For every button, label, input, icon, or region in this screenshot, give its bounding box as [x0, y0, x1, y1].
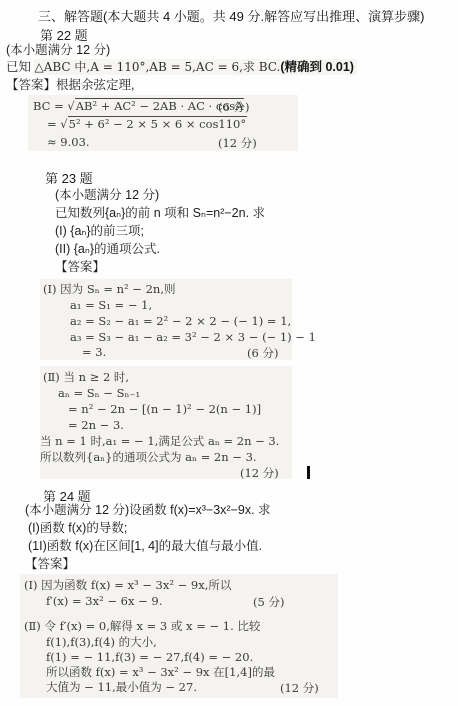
sqrt-radical-icon: √ — [60, 117, 67, 131]
formula-line: aₙ = Sₙ − Sₙ₋₁ — [58, 386, 140, 400]
q23-statement: 已知数列{aₙ}的前 n 项和 Sₙ=n²−2n. 求 — [55, 206, 265, 221]
formula-line: f(1) = − 11,f(3) = − 27,f(4) = − 20. — [46, 650, 253, 664]
text-cursor — [307, 466, 310, 479]
sqrt-radical-icon: √ — [67, 99, 74, 113]
formula-line: = 3. — [82, 345, 106, 359]
q23-part1: (I) {aₙ}的前三项; — [55, 224, 144, 239]
q22-title: 第 22 题 — [40, 25, 88, 44]
formula-line: 所以函数 f(x) = x³ − 3x² − 9x 在[1,4]的最 — [46, 665, 275, 679]
score-mark: (6 分) — [218, 99, 249, 115]
q24-answer-label: 【答案】 — [25, 557, 75, 572]
q22-solution-scan: BC = √AB² + AC² − 2AB · AC · cosA (6 分) … — [28, 95, 298, 151]
q23-meta: (本小题满分 12 分) — [55, 188, 159, 203]
formula-line: a₃ = S₃ − a₁ − a₂ = 3² − 2 × 3 − (− 1) −… — [70, 330, 316, 344]
score-mark: (12 分) — [280, 680, 319, 696]
q23-title: 第 23 题 — [45, 168, 93, 187]
sqrt-radicand: 5² + 6² − 2 × 5 × 6 × cos110° — [68, 116, 248, 131]
q23-solution-scan-part1: (Ⅰ) 因为 Sₙ = n² − 2n,则 a₁ = S₁ = − 1, a₂ … — [40, 279, 292, 360]
exam-document-page: 三、解答题(本大题共 4 小题。共 49 分.解答应写出推理、演算步骤) 第 2… — [0, 0, 458, 706]
formula-text: BC = — [33, 99, 64, 113]
q22-meta: (本小题满分 12 分) — [6, 43, 110, 58]
q24-solution-scan: (Ⅰ) 因为函数 f(x) = x³ − 3x² − 9x,所以 f′(x) =… — [20, 574, 338, 698]
formula-line: ≈ 9.03. — [47, 135, 90, 149]
formula-line: 当 n = 1 时,a₁ = − 1,满足公式 aₙ = 2n − 3. — [40, 434, 279, 448]
formula-line: a₁ = S₁ = − 1, — [70, 298, 152, 312]
score-mark: (6 分) — [247, 345, 278, 361]
formula-text: = — [47, 117, 57, 131]
q22-answer-intro: 【答案】根据余弦定理, — [6, 78, 134, 93]
score-mark: (12 分) — [240, 465, 279, 481]
q22-given-note: (精确到 0.01) — [280, 60, 354, 74]
q23-answer-label: 【答案】 — [55, 260, 105, 275]
q22-given-math: △ABC 中,A = 110°,AB = 5,AC = 6,求 BC. — [34, 60, 280, 74]
formula-line: = 2n − 3. — [68, 418, 124, 432]
formula-line: 大值为 − 11,最小值为 − 27. — [46, 680, 197, 694]
q22-given-prefix: 已知 — [6, 60, 34, 74]
formula-line: = √5² + 6² − 2 × 5 × 6 × cos110° — [47, 117, 247, 131]
formula-line: a₂ = S₂ − a₁ = 2² − 2 × 2 − (− 1) = 1, — [70, 314, 291, 328]
formula-line: (Ⅰ) 因为函数 f(x) = x³ − 3x² − 9x,所以 — [24, 578, 231, 592]
score-mark: (12 分) — [218, 135, 257, 151]
formula-line: (Ⅰ) 因为 Sₙ = n² − 2n,则 — [43, 282, 175, 296]
q22-given: 已知 △ABC 中,A = 110°,AB = 5,AC = 6,求 BC.(精… — [6, 60, 357, 75]
formula-line: (Ⅱ) 令 f′(x) = 0,解得 x = 3 或 x = − 1. 比较 — [24, 619, 260, 633]
section-heading: 三、解答题(本大题共 4 小题。共 49 分.解答应写出推理、演算步骤) — [38, 6, 424, 25]
q24-part2: (1I)函数 f(x)在区间[1, 4]的最大值与最小值. — [28, 539, 262, 554]
formula-line: 所以数列{aₙ}的通项公式为 aₙ = 2n − 3. — [40, 450, 257, 464]
formula-line: BC = √AB² + AC² − 2AB · AC · cosA — [33, 99, 244, 113]
q24-statement: (本小题满分 12 分)设函数 f(x)=x³−3x²−9x. 求 — [25, 503, 271, 518]
q24-part1: (I)函数 f(x)的导数; — [28, 521, 127, 536]
formula-line: f(1),f(3),f(4) 的大小, — [46, 635, 157, 649]
q23-part2: (II) {aₙ}的通项公式. — [55, 242, 160, 257]
q23-solution-scan-part2: (Ⅱ) 当 n ≥ 2 时, aₙ = Sₙ − Sₙ₋₁ = n² − 2n … — [40, 366, 292, 479]
score-mark: (5 分) — [253, 594, 284, 610]
formula-line: f′(x) = 3x² − 6x − 9. — [46, 594, 162, 608]
formula-line: (Ⅱ) 当 n ≥ 2 时, — [43, 370, 129, 384]
formula-line: = n² − 2n − [(n − 1)² − 2(n − 1)] — [68, 402, 261, 416]
